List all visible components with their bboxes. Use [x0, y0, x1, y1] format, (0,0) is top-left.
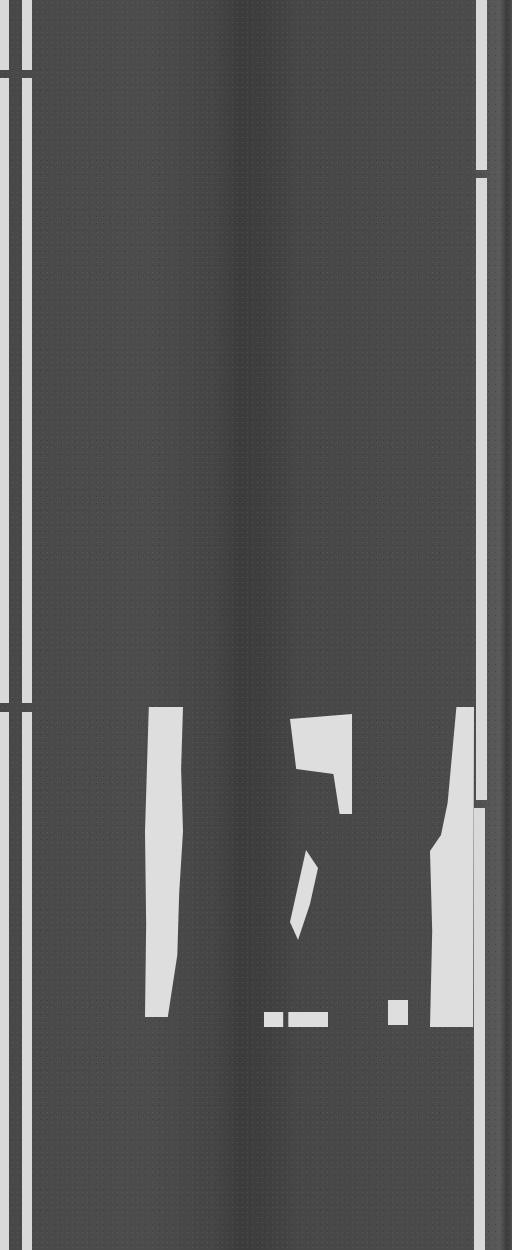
road-surface [0, 0, 512, 1250]
left-inner-line-segment [22, 78, 32, 703]
asphalt-texture [0, 0, 512, 1250]
right-edge-line-segment [476, 0, 487, 170]
left-inner-line-segment [22, 712, 32, 1250]
left-outer-line-segment [0, 78, 9, 703]
left-inner-line-segment [22, 0, 32, 70]
left-outer-line-segment [0, 0, 9, 70]
left-outer-line-segment [0, 712, 9, 1250]
right-edge-line-segment [474, 808, 485, 1250]
crosswalk-stripe-fragment [264, 1012, 328, 1027]
crosswalk-stripe-fragment [388, 1000, 408, 1025]
right-edge-line-segment [476, 178, 487, 800]
